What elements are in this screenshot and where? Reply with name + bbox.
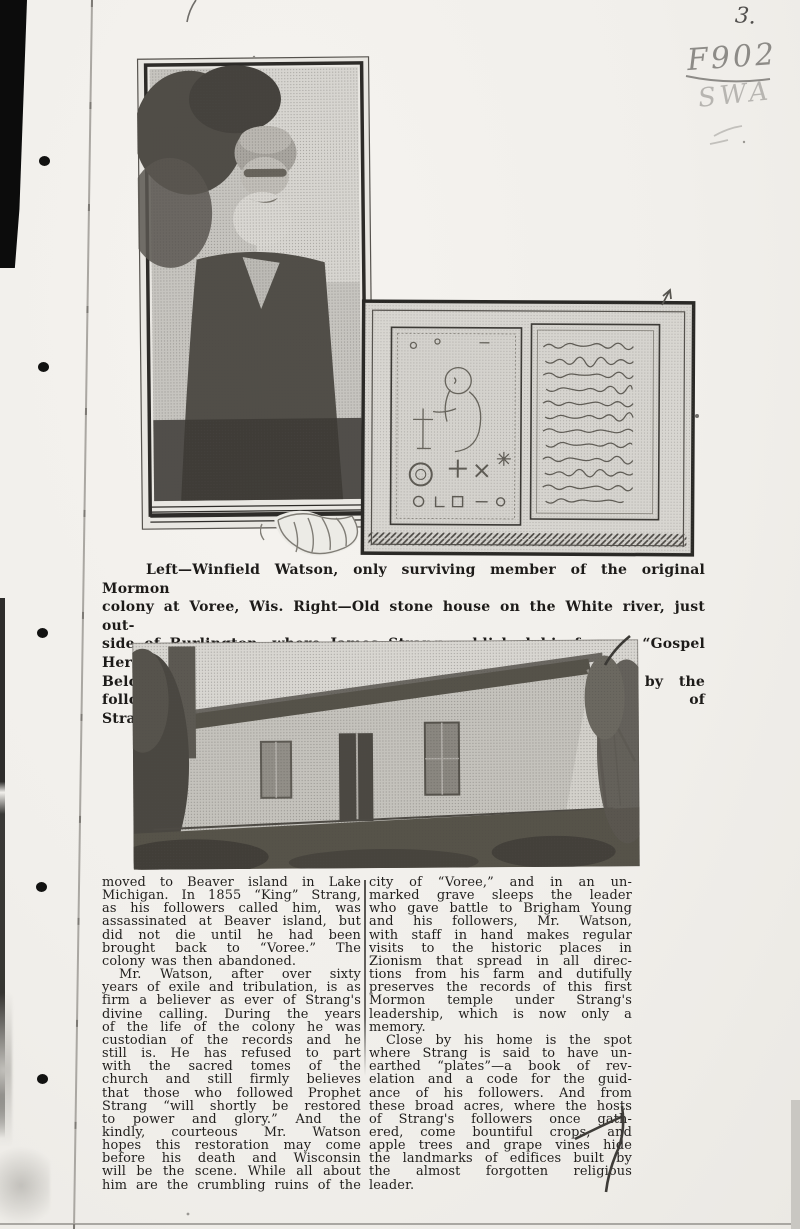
punch-dot [36,882,47,892]
fold-line [74,0,92,1229]
text-line: with staff in hand makes regular [369,929,632,942]
text-line: of the life of the colony he was [102,1021,361,1034]
text-line: him are the crumbling ruins of the [102,1179,361,1192]
text-line: memory. [369,1021,632,1034]
text-line: did not die until he had been [102,929,361,942]
speck [187,1213,190,1216]
text-line: to power and glory.” And the [102,1113,361,1126]
pen-mark-top-slash [187,0,196,22]
fold-line-flecks [74,0,92,1229]
handwriting-scribble [710,126,742,144]
text-line: brought back to “Voree.” The [102,942,361,955]
text-line: the almost forgotten religious [369,1165,632,1178]
text-line: assassinated at Beaver island, but [102,915,361,928]
column-divider [364,880,366,1076]
newspaper-page: 3. F902 SWA [0,0,800,1229]
scan-smudge [0,960,12,1180]
punch-dot [38,362,49,372]
text-line: and his followers, Mr. Watson, [369,915,632,928]
plates-photo-image [360,298,696,559]
text-line: leader. [369,1179,632,1192]
text-line: elation and a code for the guid- [369,1073,632,1086]
portrait-photo-winfield-watson [137,56,376,533]
scan-right-edge [791,1100,800,1229]
article-column-right: city of “Voree,” and in an un-marked gra… [369,876,632,1192]
scan-bottom-edge [0,1223,800,1225]
text-line: Strang “will shortly be restored [102,1100,361,1113]
text-line: of Strang's followers once gath- [369,1113,632,1126]
article-column-left: moved to Beaver island in LakeMichigan. … [102,876,361,1192]
handwritten-archive-code-2: SWA [697,76,774,114]
punch-dot [37,628,48,638]
text-line: visits to the historic places in [369,942,632,955]
text-line: that those who followed Prophet [102,1087,361,1100]
stone-house-photo [132,639,640,870]
speck [743,141,745,143]
text-line: divine calling. During the years [102,1008,361,1021]
punch-dot [39,156,50,166]
text-line: Mormon temple under Strang's [369,994,632,1007]
handwritten-archive-code: F902 [686,37,778,78]
plates-photo [360,298,696,559]
text-line: colony at Voree, Wis. Right—Old stone ho… [102,598,705,635]
punch-dot [37,1074,48,1084]
scan-edge-band [0,0,27,268]
text-line: ance of his followers. And from [369,1087,632,1100]
text-line: will be the scene. While all about [102,1165,361,1178]
stone-house-photo-image [132,639,640,870]
handwritten-page-number: 3. [734,3,757,29]
text-line: church and still firmly believes [102,1073,361,1086]
text-line: Left—Winfield Watson, only surviving mem… [102,561,705,598]
text-line: these broad acres, where the hosts [369,1100,632,1113]
text-line: firm a believer as ever of Strang's [102,994,361,1007]
text-line: leadership, which is now only a [369,1008,632,1021]
portrait-photo-image [137,56,376,533]
